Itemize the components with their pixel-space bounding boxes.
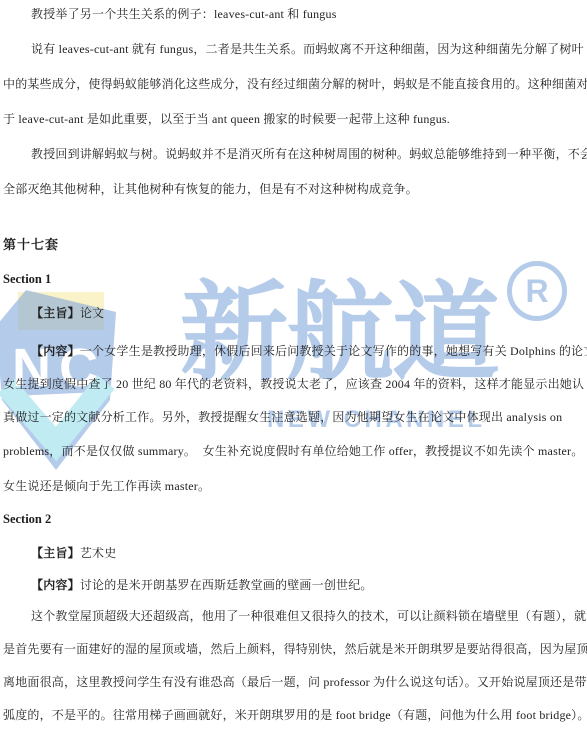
topic-value: 论文 [80,306,104,320]
text-line: 弧度的，不是平的。往常用梯子画画就好，米开朗琪罗用的是 foot bridge（… [3,707,587,723]
text-line: 离地面很高，这里教授问学生有没有谁恐高（最后一题，问 professor 为什么… [3,674,587,690]
section-1-heading: Section 1 [3,271,51,287]
text-line: 是首先要有一面建好的湿的屋顶或墙，然后上颜料，得特别快，然后就是米开朗琪罗是要站… [3,641,587,657]
content-value: 一个女学生是教授助理，休假后回来后问教授关于论文写作的的事，她想写有关 Dolp… [80,344,587,358]
text-line: 女生说还是倾向于先工作再读 master。 [3,478,210,494]
topic-label: 【主旨】 [31,546,80,560]
text-line: 于 leave-cut-ant 是如此重要，以至于当 ant queen 搬家的… [3,111,450,127]
content-line: 【内容】讨论的是米开朗基罗在西斯廷教堂画的壁画一创世纪。 [31,577,373,593]
topic-line: 【主旨】论文 [31,305,104,321]
text-line: 全部灭绝其他树种，让其他树种有恢复的能力，但是有不对这种树构成竞争。 [3,181,418,197]
set-heading: 第十七套 [3,237,59,253]
content-label: 【内容】 [31,344,80,358]
document-page: NC 新航道 NEW CHANNEL R 教授举了另一个共生关系的例子：leav… [0,0,587,738]
topic-value: 艺术史 [80,546,117,560]
text-line: 教授回到讲解蚂蚁与树。说蚂蚁并不是消灭所有在这种树周围的树种。蚂蚁总能够维持到一… [31,146,587,162]
topic-line: 【主旨】艺术史 [31,545,116,561]
text-line: problems，而不是仅仅做 summary。 女生补充说度假时有单位给她工作… [3,443,583,459]
text-line: 真做过一定的文献分析工作。另外，教授提醒女生注意选题，因为他期望女生在论文中体现… [3,409,562,425]
content-value: 讨论的是米开朗基罗在西斯廷教堂画的壁画一创世纪。 [80,578,373,592]
text-line: 说有 leaves-cut-ant 就有 fungus，二者是共生关系。而蚂蚁离… [31,41,584,57]
text-line: 教授举了另一个共生关系的例子：leaves-cut-ant 和 fungus [31,6,337,22]
content-line: 【内容】一个女学生是教授助理，休假后回来后问教授关于论文写作的的事，她想写有关 … [31,343,587,359]
content-label: 【内容】 [31,578,80,592]
topic-label: 【主旨】 [31,306,80,320]
registered-trademark-icon: R [507,261,567,321]
text-line: 女生提到度假中查了 20 世纪 80 年代的老资料，教授说太老了，应该查 200… [3,376,584,392]
text-line: 这个教堂屋顶超级大还超级高，他用了一种很难但又很持久的技术，可以让颜料锁在墙壁里… [31,608,586,624]
watermark-cn-text: 新航道 [180,276,498,389]
section-2-heading: Section 2 [3,511,51,527]
text-line: 中的某些成分，使得蚂蚁能够消化这些成分，没有经过细菌分解的树叶，蚂蚁是不能直接食… [3,76,587,92]
